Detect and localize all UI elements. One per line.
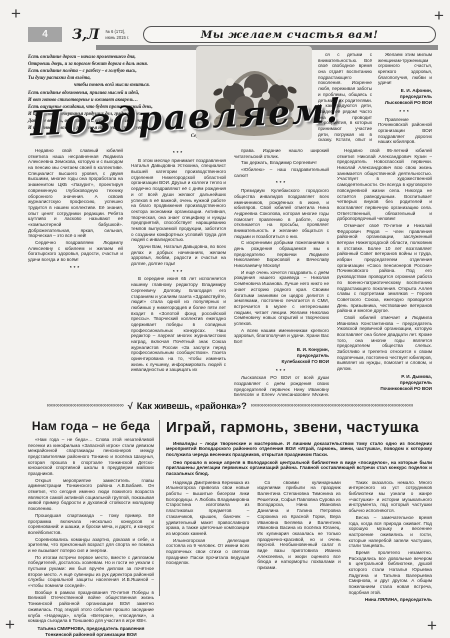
article-title: Нам года – не беда (28, 419, 154, 434)
article-columns: Надежда Дмитриевна Кернишка из Ильиногор… (166, 480, 432, 602)
congrats-paragraph: Желаем этим милым женщинам-труженицам ог… (378, 52, 432, 86)
poem-line: Есть ожидание дороги – начало пролетевше… (28, 55, 224, 61)
congrats-paragraph: Р. И. Дымова, председатель Починковской … (337, 374, 432, 392)
congrats-paragraph: Лысковская РО ВОИ от всей души поздравля… (234, 375, 329, 396)
article-paragraph: Открыл мероприятие заместитель главы адм… (28, 478, 154, 512)
article-column-3: Таких оказалось немало. Много интересног… (349, 480, 432, 602)
congrats-paragraph: *** (131, 269, 226, 275)
article-column-2: Со своими кулинарными изделиями прибыли … (257, 480, 340, 602)
congrats-paragraph: С искренними добрыми пожеланиями в день … (234, 240, 329, 268)
congrats-column-2: ***В этом месяце принимает поздравления … (131, 148, 226, 396)
chain-ornament-right: ∞∞∞∞∞∞∞∞∞∞∞∞∞∞∞∞∞∞∞∞∞∞∞∞∞∞∞∞∞∞∞∞∞∞∞∞∞∞ (251, 403, 414, 409)
article-paragraph: Нина ЛЯЛИНА, председатель Ильиногорской … (349, 597, 432, 601)
issue-date: июнь 2015 г. (105, 35, 129, 40)
article-column-1: Надежда Дмитриевна Кернишка из Ильиногор… (166, 480, 249, 602)
rubric-title: Как живешь, «районка»? (137, 401, 247, 411)
lead-paragraph: Оно прошло в конце апреля в Володарской … (166, 460, 432, 477)
check-icon: √ (128, 401, 133, 411)
congrats-paragraph: В середине июня 65 лет исполняется нашем… (131, 276, 226, 373)
congrats-paragraph: Недавно свой 95-летний юбилей отметил Ни… (337, 148, 432, 222)
congrats-side-column-left: ся с детьми с внимательностью. Всё своё … (318, 52, 372, 144)
article-paragraph: Ильиногорская делегация состояла из 9 че… (166, 538, 249, 566)
article-body: «Нам года – не беда»… Слова этой незатей… (28, 437, 154, 624)
congrats-paragraph: *** (131, 150, 226, 156)
congrats-paragraph: Так держать, Владимир Сергеевич! (234, 160, 329, 166)
congrats-paragraph: *** (234, 180, 329, 186)
column-divider (159, 420, 160, 596)
article-nam-goda: Нам года – не беда «Нам года – не беда»…… (28, 419, 154, 638)
newspaper-logo: З,Л (72, 28, 99, 42)
congrats-paragraph: А всем нашим именинникам крепкого здоров… (234, 328, 329, 345)
congrats-paragraph: В. И. Конурин, председатель Кулебакской … (234, 347, 329, 365)
article-igray-garmon: Играй, гармонь, звени, частушка Инвалиды… (166, 419, 432, 602)
article-paragraph: Прошедшая спартакиада – тому пример. Её … (28, 513, 154, 536)
issue-info: № 6 (172), июнь 2015 г. (105, 29, 129, 40)
registration-mark: + (427, 617, 437, 634)
congrats-paragraph: ся с детьми с внимательностью. Всё своё … (318, 52, 372, 144)
registration-mark: + (434, 7, 444, 24)
congrats-paragraph: Е. И. Афонин, председатель Лысковской РО… (378, 88, 432, 106)
article-paragraph: Соревновались команды азартно, доказав и… (28, 537, 154, 554)
congrats-paragraph: *** (28, 265, 123, 271)
page-number: 4 (28, 27, 62, 42)
congrats-paragraph: Недавно свой славный юбилей отметила наш… (28, 148, 123, 239)
poem-line: Откроешь дверь, и за порогом бежит дорог… (28, 62, 224, 68)
registration-mark: + (5, 616, 15, 633)
poem-line: Ты душу распахни для взлёта, (28, 76, 224, 82)
article-paragraph: Весна – замечательное время года, когда … (349, 515, 432, 549)
congrats-column-1: Недавно свой славный юбилей отметила наш… (28, 148, 123, 396)
article-lead: Инвалиды – люди творческие и мастеровые.… (166, 441, 432, 477)
poem-line: Есть ожиданье вдохновенья, прилива мысле… (28, 91, 224, 97)
congrats-paragraph: права. Издание нашло широкий читательски… (234, 148, 329, 159)
congrats-paragraph: Отмечает своё 70-летие и Николай Фёдоров… (337, 223, 432, 314)
congrats-column-4: Недавно свой 95-летний юбилей отметил Ни… (337, 148, 432, 396)
article-signature: Татьяна СМИРНОВА, председатель правления… (28, 626, 154, 638)
banner-motto: Мы желаем счастья вам! (201, 29, 379, 41)
article-paragraph: Надежда Дмитриевна Кернишка из Ильиногор… (166, 480, 249, 537)
chain-ornament-left: ∞∞∞∞∞∞∞∞∞∞∞∞∞∞∞∞∞∞ (47, 403, 124, 409)
article-paragraph: Время пролетело незаметно. Расходились в… (349, 550, 432, 596)
article-title: Играй, гармонь, звени, частушка (166, 419, 432, 438)
poem-line: Есть ожидание полёта – с разбегу – в гол… (28, 69, 224, 75)
article-paragraph: По итогам встречи первое место, вместе с… (28, 555, 154, 589)
article-paragraph: Таких оказалось немало. Много интересног… (349, 480, 432, 514)
congrats-paragraph: *** (234, 368, 329, 374)
congrats-paragraph: *** (378, 109, 432, 115)
congrats-columns: Недавно свой славный юбилей отметила наш… (28, 148, 432, 396)
lead-paragraph: Инвалиды – люди творческие и мастеровые.… (166, 441, 432, 458)
newspaper-page: + + + + 4 З,Л № 6 (172), июнь 2015 г. Мы… (0, 0, 450, 638)
congrats-column-3: права. Издание нашло широкий читательски… (234, 148, 329, 396)
registration-mark: + (11, 5, 21, 22)
congrats-paragraph: Президиум Кулебакского городского общест… (234, 188, 329, 239)
congrats-paragraph: Правление Починковской районной организа… (378, 117, 432, 144)
rubric-band: ∞∞∞∞∞∞∞∞∞∞∞∞∞∞∞∞∞∞ √ Как живешь, «районк… (28, 398, 432, 413)
congrats-paragraph: «Юбилею» – наш поздравительный салют! (234, 167, 329, 178)
congrats-paragraph: Сердечно поздравляем Людмилу Алексеевну … (28, 240, 123, 263)
article-paragraph: Вообще в рамках празднования 70-летия По… (28, 590, 154, 624)
congrats-paragraph: Удачи Вам, Наталья Давыдовна, во всех де… (131, 244, 226, 267)
banner-capsule: Мы желаем счастья вам! (143, 26, 436, 43)
congrats-paragraph: В этом месяце принимает поздравления Нат… (131, 158, 226, 243)
article-paragraph: «Нам года – не беда»… Слова этой незатей… (28, 437, 154, 477)
article-paragraph: Со своими кулинарными изделиями прибыли … (257, 480, 340, 571)
congrats-side-column-right: Желаем этим милым женщинам-труженицам ог… (378, 52, 432, 144)
page-header: 4 З,Л № 6 (172), июнь 2015 г. Мы желаем … (28, 26, 436, 43)
poem-line: чтобы помочь всей мысли взвиться. (28, 83, 224, 89)
congrats-paragraph: Свой юбилей отмечает и Людмила Ивановна … (337, 315, 432, 372)
congrats-paragraph: И ещё очень хочется поздравить с днём ро… (234, 270, 329, 327)
